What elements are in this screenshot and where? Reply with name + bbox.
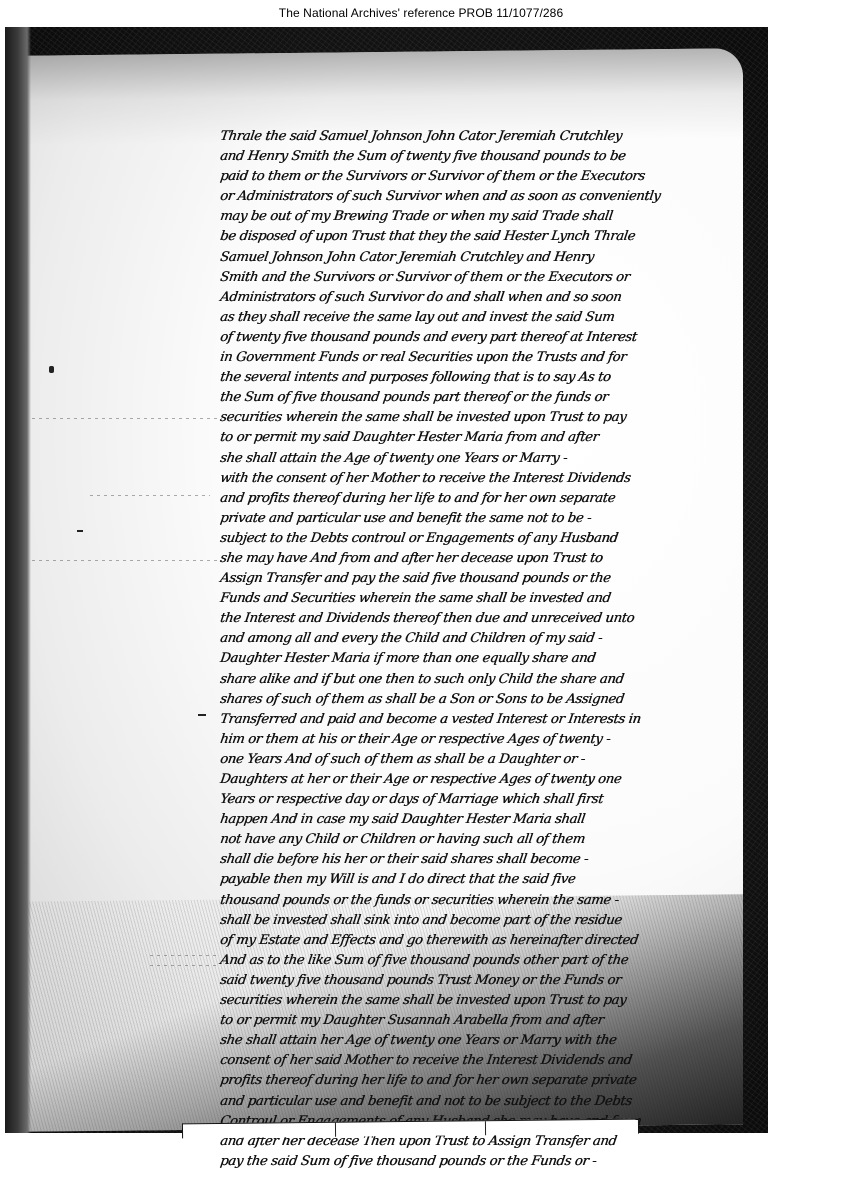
manuscript-line: to or permit my said Daughter Hester Mar… xyxy=(219,428,747,448)
manuscript-line: thousand pounds or the funds or securiti… xyxy=(219,891,747,911)
manuscript-line: of twenty five thousand pounds and every… xyxy=(219,328,747,348)
manuscript-line: and profits thereof during her life to a… xyxy=(219,489,747,509)
margin-ruling-line xyxy=(90,495,210,496)
manuscript-line: Daughter Hester Maria if more than one e… xyxy=(219,649,747,669)
manuscript-line: to or permit my Daughter Susannah Arabel… xyxy=(219,1011,747,1031)
manuscript-line: pay the said Sum of five thousand pounds… xyxy=(219,1152,747,1172)
manuscript-line: securities wherein the same shall be inv… xyxy=(219,991,747,1011)
label-strip-divider xyxy=(485,1121,486,1135)
manuscript-line: Transferred and paid and become a vested… xyxy=(219,710,747,730)
manuscript-line: as they shall receive the same lay out a… xyxy=(219,308,747,328)
manuscript-line: be disposed of upon Trust that they the … xyxy=(219,227,747,247)
manuscript-line: and particular use and benefit and not t… xyxy=(219,1092,747,1112)
manuscript-line: private and particular use and benefit t… xyxy=(219,509,747,529)
manuscript-line: or Administrators of such Survivor when … xyxy=(219,187,747,207)
will-text-body: Thrale the said Samuel Johnson John Cato… xyxy=(220,127,745,1172)
manuscript-line: securities wherein the same shall be inv… xyxy=(219,408,747,428)
manuscript-line: happen And in case my said Daughter Hest… xyxy=(219,810,747,830)
manuscript-line: one Years And of such of them as shall b… xyxy=(219,750,747,770)
manuscript-line: not have any Child or Children or having… xyxy=(219,830,747,850)
manuscript-line: she may have And from and after her dece… xyxy=(219,549,747,569)
manuscript-line: the several intents and purposes followi… xyxy=(219,368,747,388)
label-strip-divider xyxy=(335,1123,336,1137)
manuscript-line: profits thereof during her life to and f… xyxy=(219,1071,747,1091)
manuscript-line: in Government Funds or real Securities u… xyxy=(219,348,747,368)
manuscript-line: said twenty five thousand pounds Trust M… xyxy=(219,971,747,991)
manuscript-line: the Sum of five thousand pounds part the… xyxy=(219,388,747,408)
manuscript-line: And as to the like Sum of five thousand … xyxy=(219,951,747,971)
manuscript-line: Daughters at her or their Age or respect… xyxy=(219,770,747,790)
margin-ruling-line xyxy=(150,955,220,956)
manuscript-line: subject to the Debts controul or Engagem… xyxy=(219,529,747,549)
manuscript-line: she shall attain her Age of twenty one Y… xyxy=(219,1031,747,1051)
manuscript-line: shall be invested shall sink into and be… xyxy=(219,911,747,931)
margin-dash-mark xyxy=(77,530,83,532)
manuscript-line: with the consent of her Mother to receiv… xyxy=(219,469,747,489)
archive-reference-header: The National Archives' reference PROB 11… xyxy=(0,6,842,20)
manuscript-line: Thrale the said Samuel Johnson John Cato… xyxy=(219,127,747,147)
manuscript-line: payable then my Will is and I do direct … xyxy=(219,870,747,890)
manuscript-line: the Interest and Dividends thereof then … xyxy=(219,609,747,629)
margin-ink-mark xyxy=(49,366,54,373)
manuscript-line: and among all and every the Child and Ch… xyxy=(219,629,747,649)
manuscript-line: Administrators of such Survivor do and s… xyxy=(219,288,747,308)
manuscript-line: shares of such of them as shall be a Son… xyxy=(219,690,747,710)
manuscript-line: may be out of my Brewing Trade or when m… xyxy=(219,207,747,227)
manuscript-line: consent of her said Mother to receive th… xyxy=(219,1051,747,1071)
manuscript-line: she shall attain the Age of twenty one Y… xyxy=(219,449,747,469)
manuscript-line: paid to them or the Survivors or Survivo… xyxy=(219,167,747,187)
manuscript-line: and Henry Smith the Sum of twenty five t… xyxy=(219,147,747,167)
manuscript-line: of my Estate and Effects and go therewit… xyxy=(219,931,747,951)
manuscript-line: Smith and the Survivors or Survivor of t… xyxy=(219,268,747,288)
manuscript-line: Funds and Securities wherein the same sh… xyxy=(219,589,747,609)
page-binding-edge xyxy=(5,27,31,1133)
manuscript-line: Years or respective day or days of Marri… xyxy=(219,790,747,810)
manuscript-line: Assign Transfer and pay the said five th… xyxy=(219,569,747,589)
manuscript-line: shall die before his her or their said s… xyxy=(219,850,747,870)
manuscript-line: him or them at his or their Age or respe… xyxy=(219,730,747,750)
margin-ruling-line xyxy=(150,965,220,966)
margin-dash-mark xyxy=(198,714,206,716)
manuscript-line: share alike and if but one then to such … xyxy=(219,670,747,690)
margin-ruling-line xyxy=(32,560,222,561)
manuscript-line: Samuel Johnson John Cator Jeremiah Crutc… xyxy=(219,248,747,268)
margin-ruling-line xyxy=(32,418,222,419)
